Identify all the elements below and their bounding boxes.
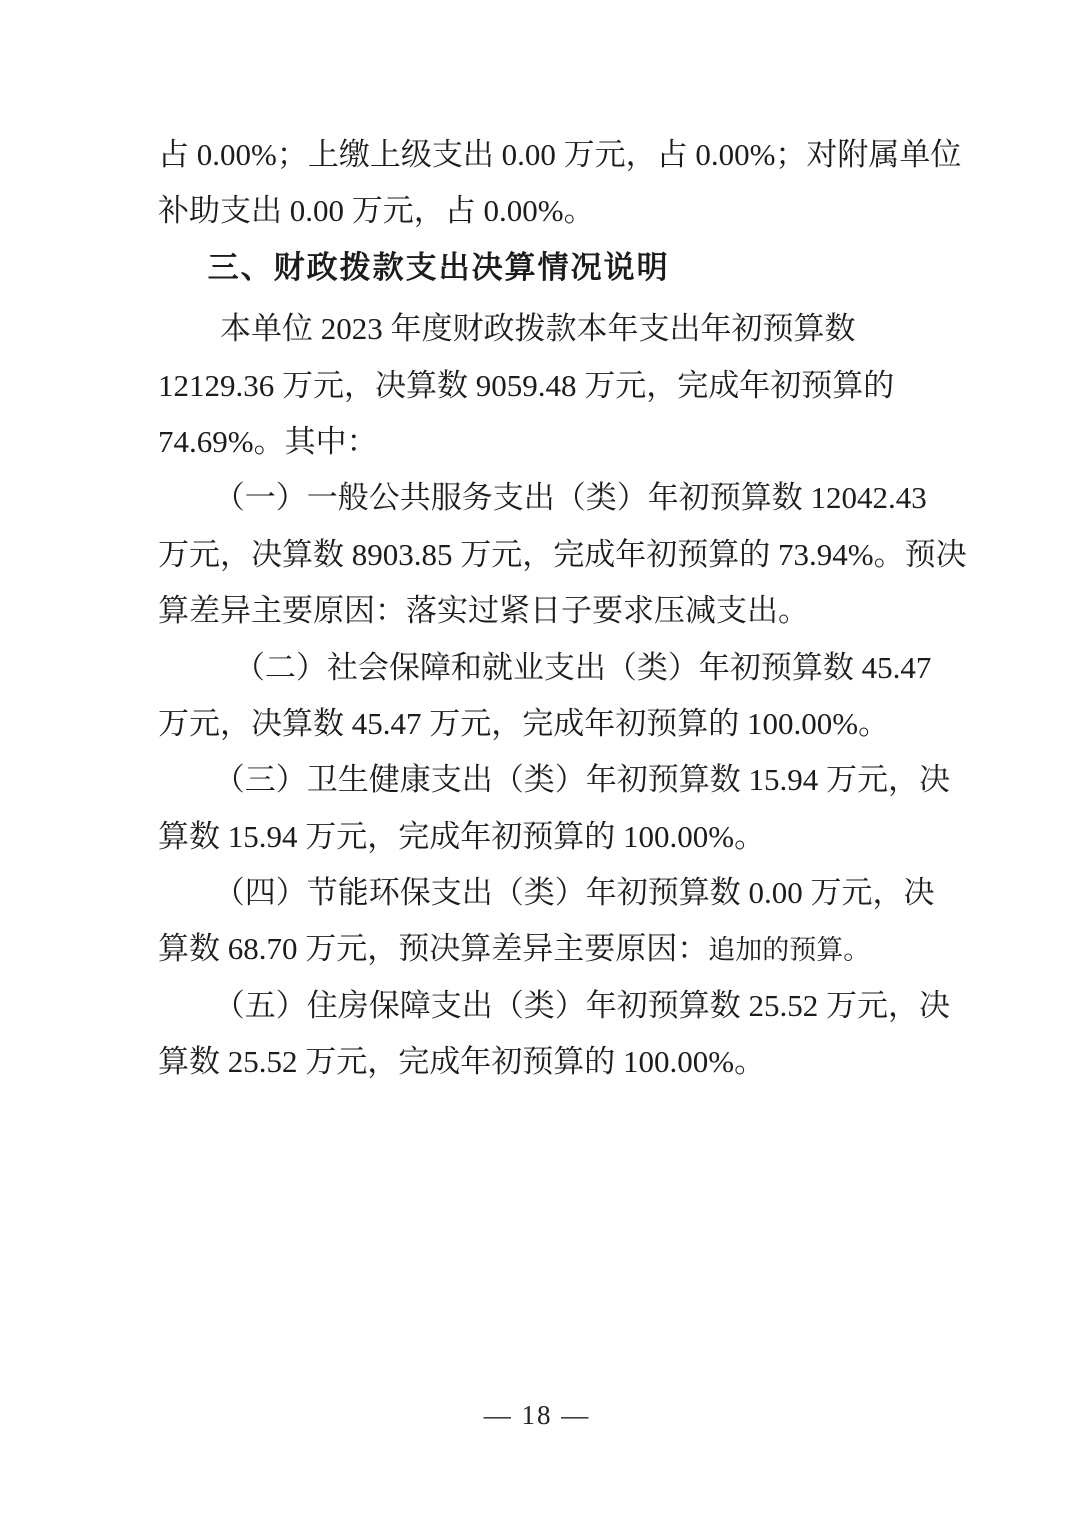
text-line: （一）一般公共服务支出（类）年初预算数 12042.43 (158, 470, 958, 526)
text-line: （四）节能环保支出（类）年初预算数 0.00 万元，决 (158, 865, 958, 921)
text-segment: 算数 68.70 万元，预决算差异主要原因： (158, 931, 708, 966)
text-line: 万元，决算数 8903.85 万元，完成年初预算的 73.94%。预决 (158, 527, 958, 583)
text-line: 算差异主要原因：落实过紧日子要求压减支出。 (158, 583, 958, 639)
text-segment: （一）一般公共服务支出（类）年初预算数 12042.43 (214, 480, 927, 515)
page-number: — 18 — (0, 1400, 1074, 1431)
text-line: 占 0.00%；上缴上级支出 0.00 万元，占 0.00%；对附属单位 (158, 127, 958, 183)
text-line: 万元，决算数 45.47 万元，完成年初预算的 100.00%。 (158, 696, 958, 752)
text-segment: 万元，决算数 8903.85 万元，完成年初预算的 73.94%。预决 (158, 537, 967, 572)
section-heading: 三、财政拨款支出决算情况说明 (158, 240, 958, 296)
text-segment: 本单位 2023 年度财政拨款本年支出年初预算数 (220, 311, 856, 346)
text-line: 算数 15.94 万元，完成年初预算的 100.00%。 (158, 809, 958, 865)
text-segment: 补助支出 0.00 万元，占 0.00%。 (158, 193, 595, 228)
text-segment: （三）卫生健康支出（类）年初预算数 15.94 万元，决 (214, 762, 950, 797)
document-page: 占 0.00%；上缴上级支出 0.00 万元，占 0.00%；对附属单位补助支出… (0, 0, 1074, 1520)
text-line: 补助支出 0.00 万元，占 0.00%。 (158, 183, 958, 239)
text-segment: 万元，决算数 45.47 万元，完成年初预算的 100.00%。 (158, 706, 889, 741)
text-segment: 12129.36 万元，决算数 9059.48 万元，完成年初预算的 (158, 368, 894, 403)
text-segment: 三、财政拨款支出决算情况说明 (208, 250, 670, 285)
text-line: 12129.36 万元，决算数 9059.48 万元，完成年初预算的 (158, 358, 958, 414)
text-line: （三）卫生健康支出（类）年初预算数 15.94 万元，决 (158, 752, 958, 808)
text-segment: （二）社会保障和就业支出（类）年初预算数 45.47 (234, 650, 932, 685)
text-segment: 算数 25.52 万元，完成年初预算的 100.00%。 (158, 1044, 765, 1079)
text-segment: 算差异主要原因：落实过紧日子要求压减支出。 (158, 593, 809, 628)
document-body: 占 0.00%；上缴上级支出 0.00 万元，占 0.00%；对附属单位补助支出… (158, 127, 958, 1091)
text-line: 74.69%。其中： (158, 414, 958, 470)
text-line: （二）社会保障和就业支出（类）年初预算数 45.47 (158, 640, 958, 696)
text-line: 算数 25.52 万元，完成年初预算的 100.00%。 (158, 1034, 958, 1090)
text-line: 本单位 2023 年度财政拨款本年支出年初预算数 (158, 301, 958, 357)
text-line: 算数 68.70 万元，预决算差异主要原因：追加的预算。 (158, 921, 958, 977)
text-segment: 算数 15.94 万元，完成年初预算的 100.00%。 (158, 819, 765, 854)
text-segment: 占 0.00%；上缴上级支出 0.00 万元，占 0.00%；对附属单位 (158, 137, 961, 172)
text-line: （五）住房保障支出（类）年初预算数 25.52 万元，决 (158, 978, 958, 1034)
text-segment: 74.69%。其中： (158, 424, 378, 459)
reason-text: 追加的预算。 (708, 935, 870, 965)
text-segment: （四）节能环保支出（类）年初预算数 0.00 万元，决 (214, 875, 935, 910)
text-segment: （五）住房保障支出（类）年初预算数 25.52 万元，决 (214, 988, 950, 1023)
